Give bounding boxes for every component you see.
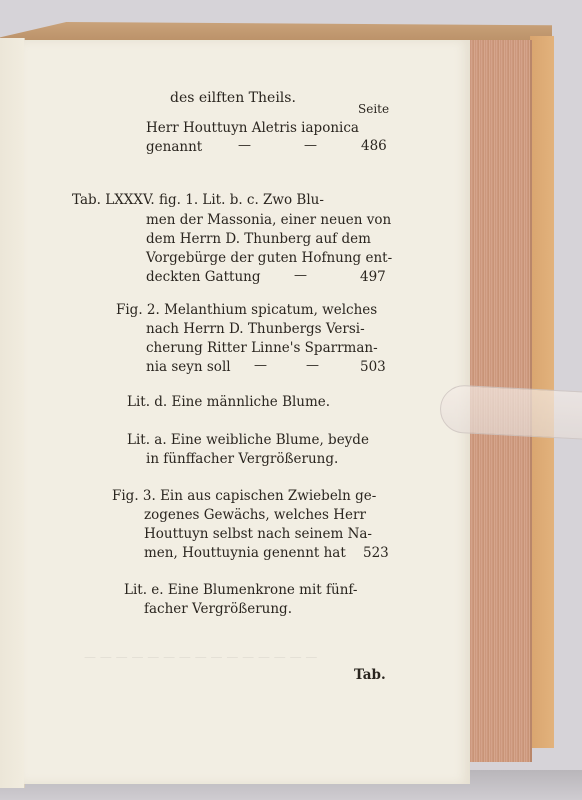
page-number: 486 <box>361 138 387 154</box>
entry-line: zogenes Gewächs, welches Herr <box>144 507 366 523</box>
leader-dash: — <box>294 268 307 283</box>
running-head: des eilften Theils. <box>170 90 296 106</box>
entry-line: Lit. a. Eine weibliche Blume, beyde <box>127 432 369 448</box>
entry-line: men der Massonia, einer neuen von <box>146 212 391 228</box>
bleed-through-text: — — — — — — — — — — — — — — — <box>84 650 317 664</box>
entry-line: nia seyn soll <box>146 359 231 375</box>
entry-line: Houttuyn selbst nach seinem Na- <box>144 526 372 542</box>
page-number: 503 <box>360 359 386 375</box>
entry-line: facher Vergrößerung. <box>144 601 292 617</box>
leader-dash: — <box>238 138 251 153</box>
column-label: Seite <box>358 102 389 116</box>
leader-dash: — <box>254 358 267 373</box>
entry-line: men, Houttuynia genennt hat <box>144 545 346 561</box>
entry-line: Lit. e. Eine Blumenkrone mit fünf- <box>124 582 357 598</box>
page-number: 523 <box>363 545 389 561</box>
entry-line: Lit. d. Eine männliche Blume. <box>127 394 330 410</box>
entry-line: in fünffacher Vergrößerung. <box>146 451 338 467</box>
entry-line: deckten Gattung <box>146 269 261 285</box>
entry-line: Vorgebürge der guten Hofnung ent- <box>146 250 392 266</box>
entry-line: dem Herrn D. Thunberg auf dem <box>146 231 371 247</box>
entry-line: Fig. 3. Ein aus capischen Zwiebeln ge- <box>112 488 376 504</box>
catchword: Tab. <box>354 667 386 683</box>
entry-line: genannt <box>146 139 202 155</box>
entry-line: cherung Ritter Linne's Sparrman- <box>146 340 378 356</box>
clear-bookmark-tab <box>439 384 582 440</box>
leader-dash: — <box>306 358 319 373</box>
entry-line: Herr Houttuyn Aletris iaponica <box>146 120 359 136</box>
book-page: — — — — — — — — — — — — — — — des eilfte… <box>24 40 470 784</box>
left-page-edge <box>0 38 25 788</box>
leader-dash: — <box>304 138 317 153</box>
entry-line: nach Herrn D. Thunbergs Versi- <box>146 321 365 337</box>
entry-line: Fig. 2. Melanthium spicatum, welches <box>116 302 377 318</box>
page-number: 497 <box>360 269 386 285</box>
entry-line: Tab. LXXXV. fig. 1. Lit. b. c. Zwo Blu- <box>72 192 324 208</box>
